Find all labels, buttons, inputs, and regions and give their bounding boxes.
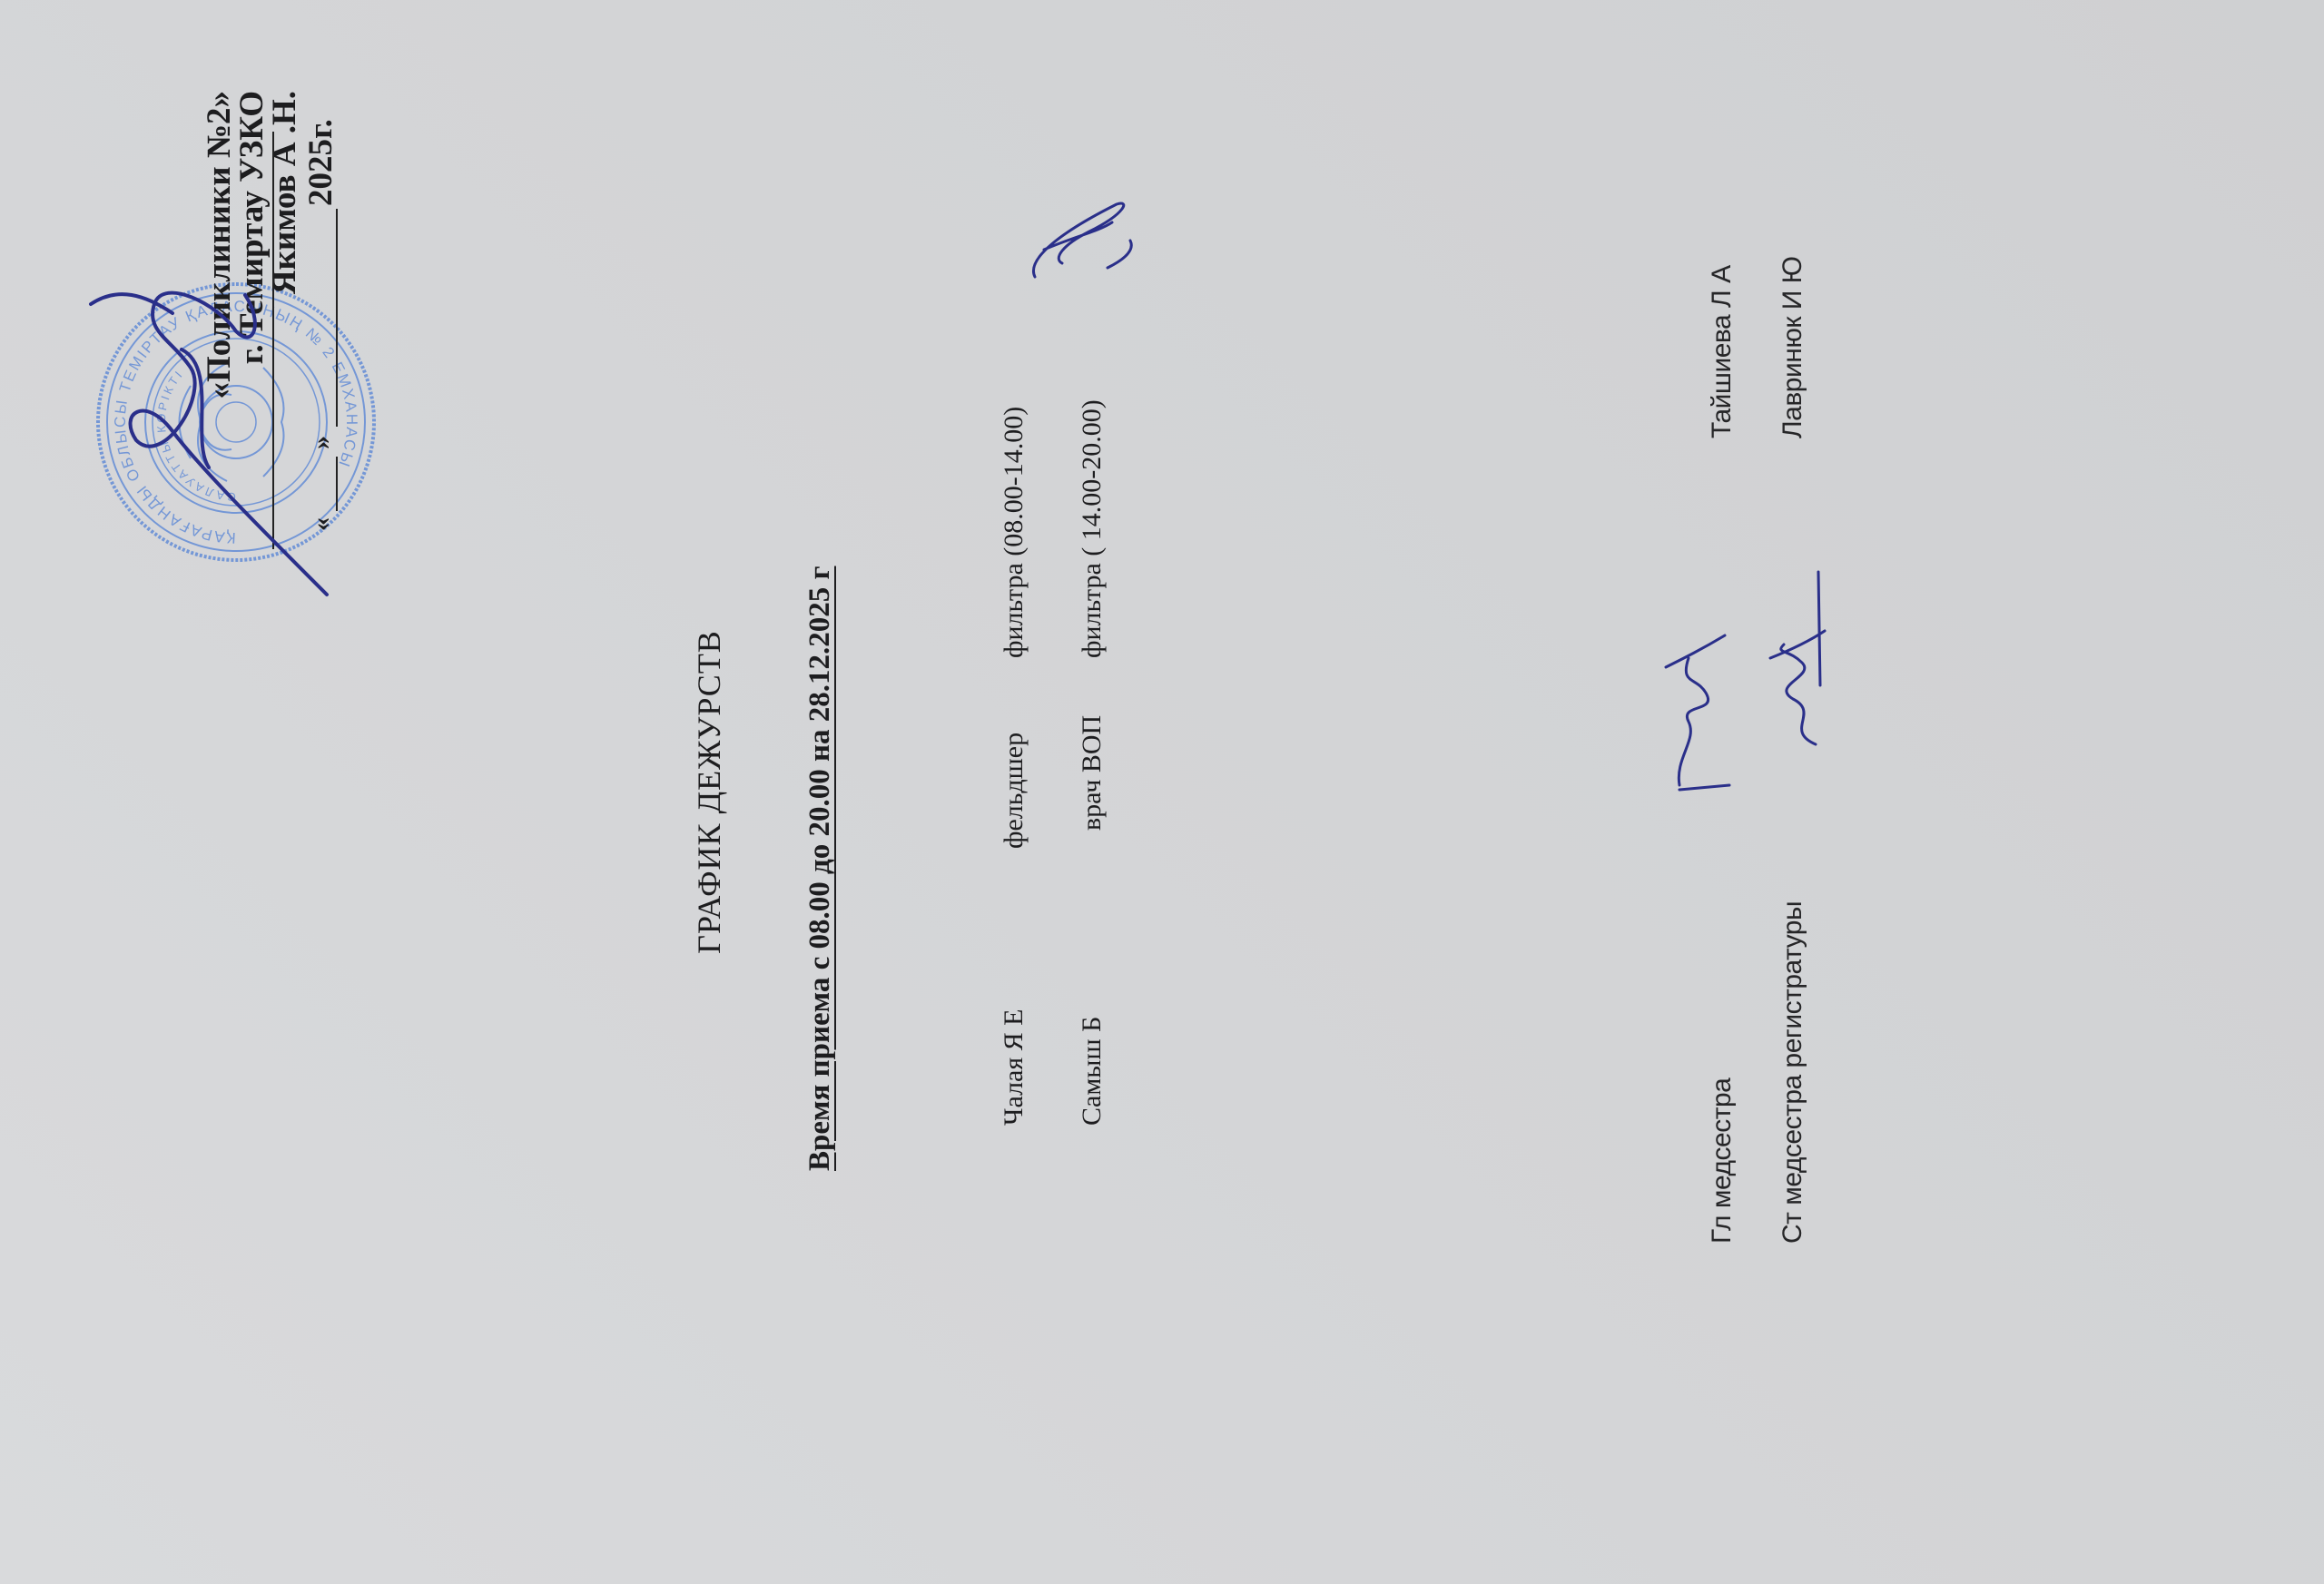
- reception-time-subtitle: Время приема с 08.00 до 20.00 на 28.12.2…: [803, 566, 837, 1171]
- footer-name-2: Лавринюк И Ю: [1777, 257, 1808, 438]
- schedule-signature-icon: [1026, 186, 1144, 286]
- schedule-row-2-name: Самыш Б: [1077, 1017, 1108, 1126]
- footer-position-1: Гл медсестра: [1707, 1078, 1738, 1244]
- schedule-row-1-role: фельдшер: [999, 733, 1029, 849]
- footer-position-2: Ст медсестра регистратуры: [1777, 901, 1808, 1244]
- schedule-row-1-filter: фильтра (08.00-14.00): [999, 407, 1029, 658]
- schedule-row-1-name: Чалая Я Е: [999, 1009, 1029, 1127]
- director-signature-icon: [36, 222, 345, 604]
- head-nurse-signature-icon: [1661, 631, 1734, 794]
- document-page: ҚАРАҒАНДЫ ОБЛЫСЫ ТЕМІРТАУ ҚАЛАСЫНЫҢ № 2 …: [0, 0, 2324, 1584]
- schedule-row-2-filter: фильтра ( 14.00-20.00): [1077, 399, 1108, 658]
- page-title: ГРАФИК ДЕЖУРСТВ: [690, 0, 728, 1584]
- footer-name-1: Тайшиева Л А: [1707, 265, 1738, 438]
- approval-year: 2025г.: [303, 119, 340, 206]
- registry-nurse-signature-icon: [1766, 567, 1829, 749]
- schedule-row-2-role: врач ВОП: [1077, 715, 1108, 831]
